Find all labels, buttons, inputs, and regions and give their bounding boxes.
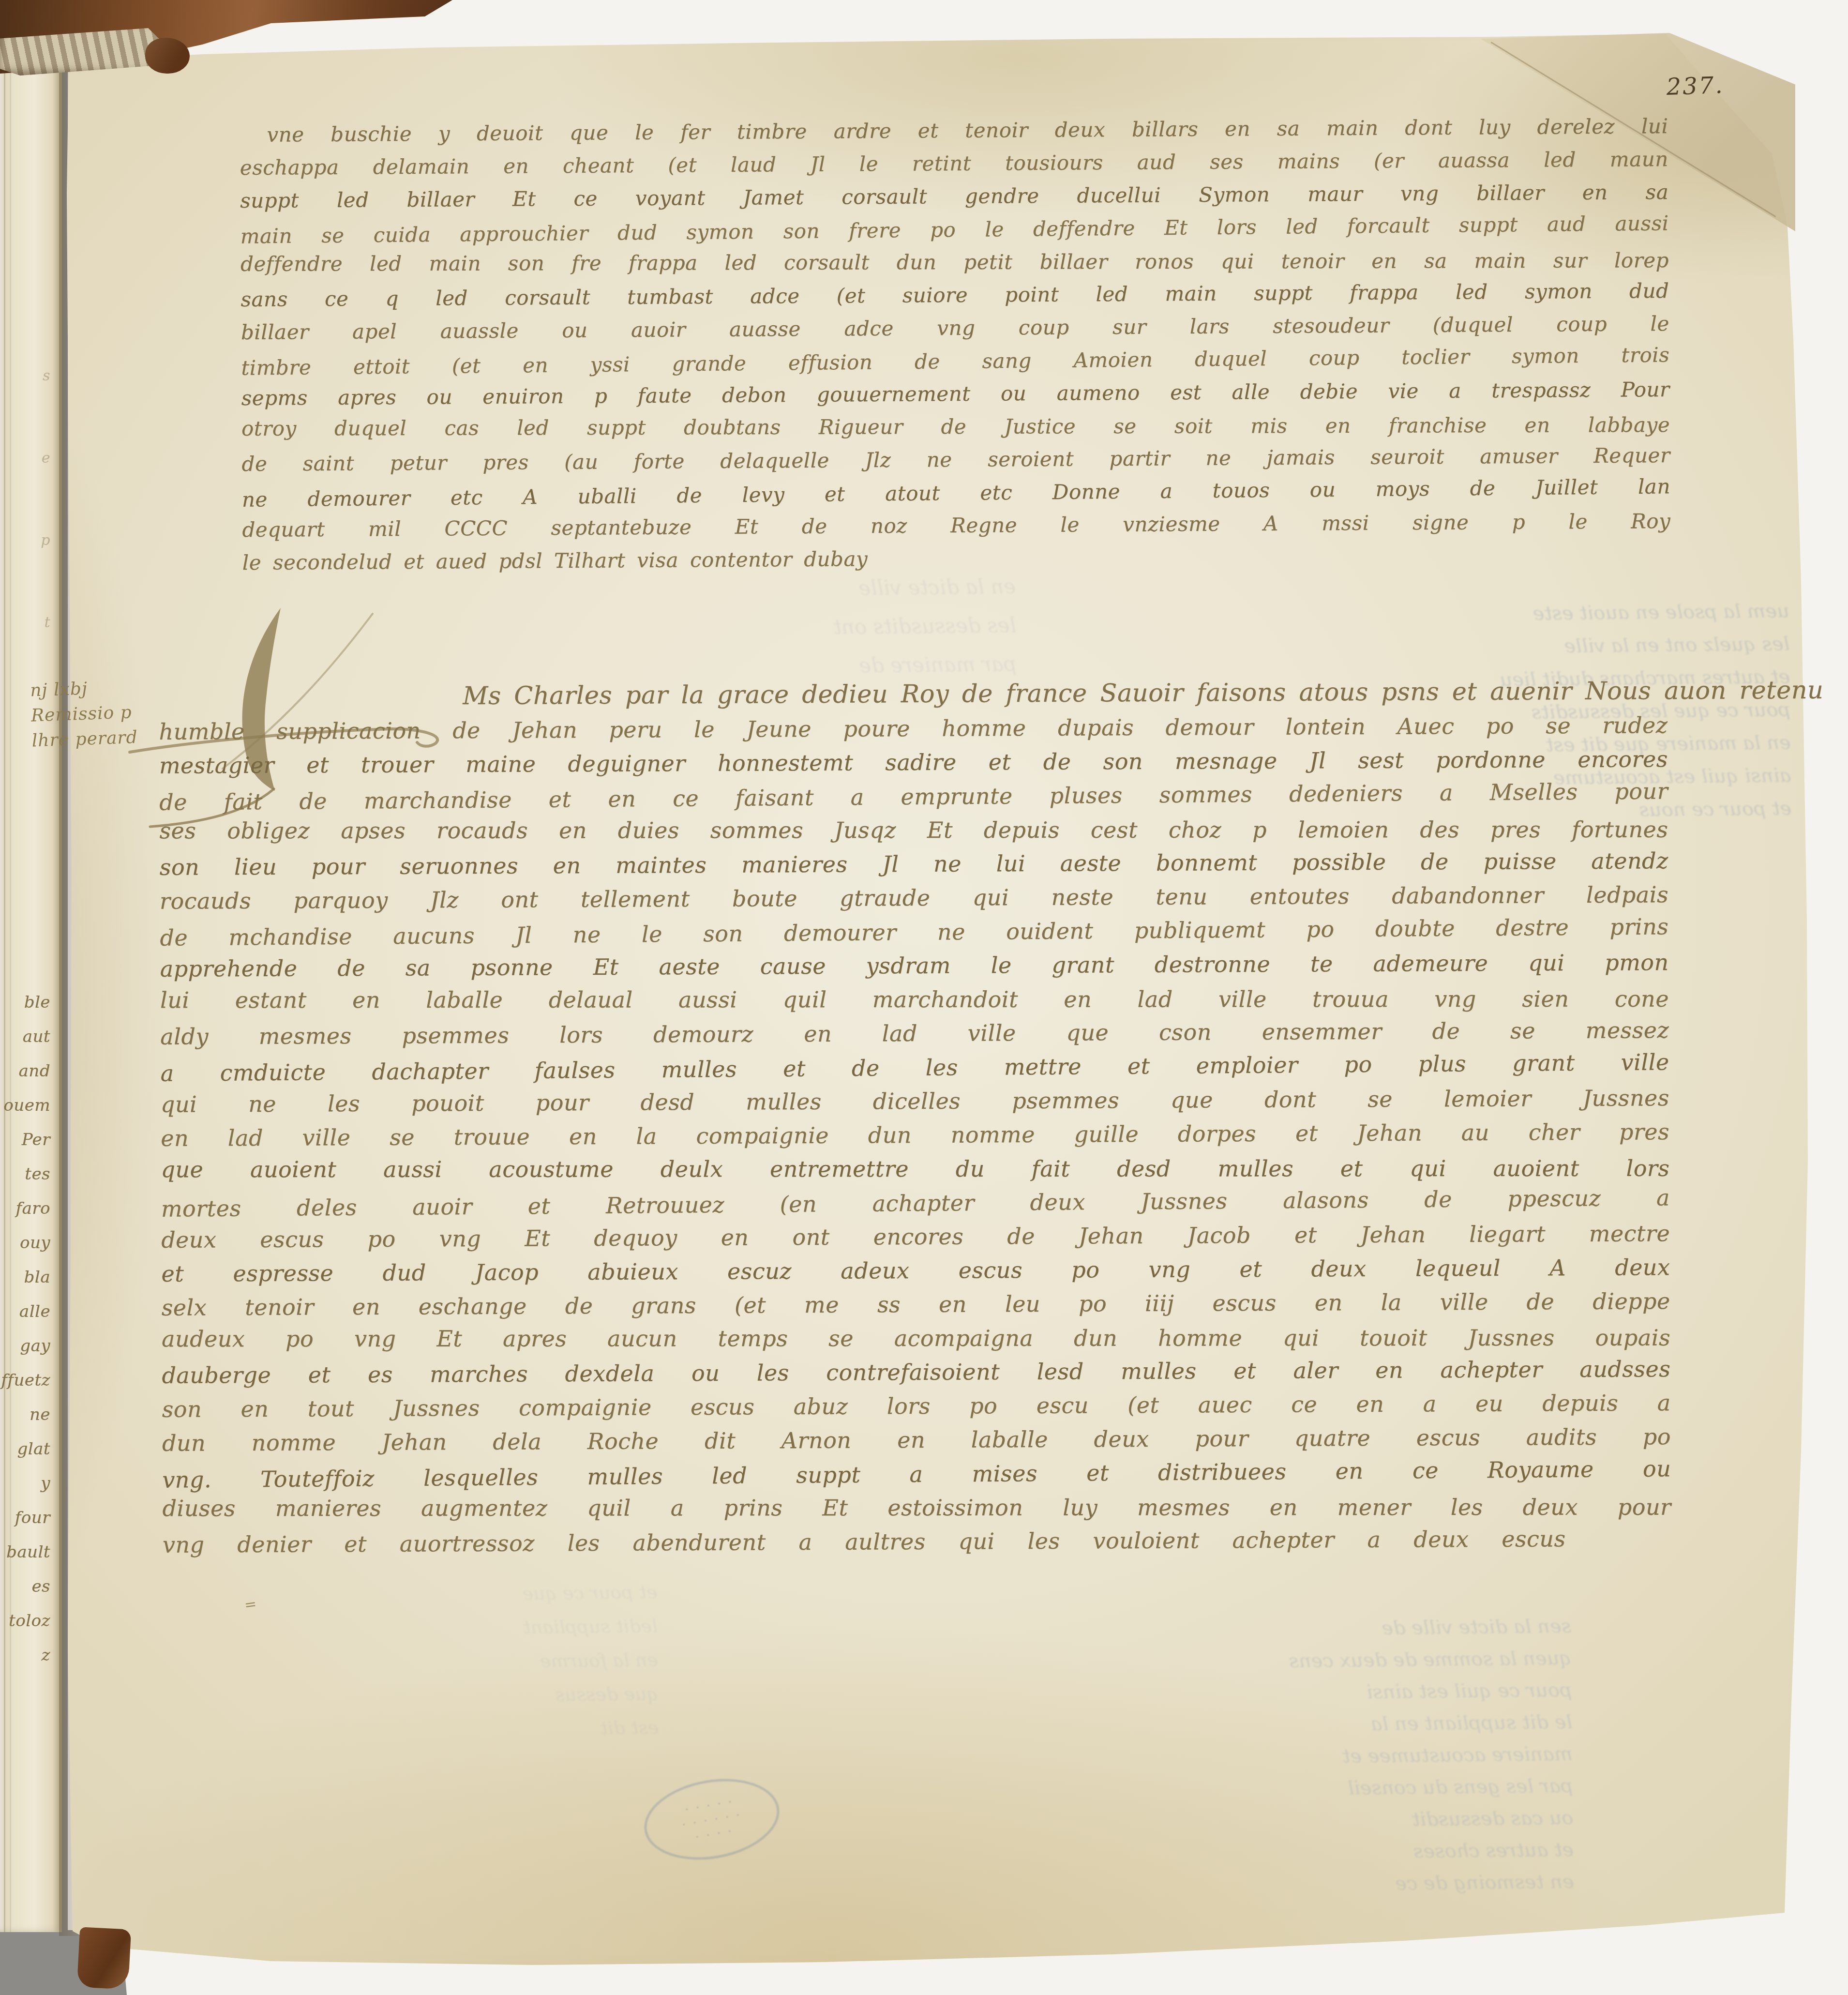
fore-edge-fragment: ouem bbox=[0, 1088, 61, 1123]
fore-edge-fragment: alle bbox=[0, 1295, 61, 1329]
manuscript-entry-2: Ms Charles par la grace dedieu Roy de fr… bbox=[159, 674, 1671, 1562]
manuscript-line: otroy duquel cas led suppt doubtans Rigu… bbox=[241, 408, 1670, 445]
show-through-line: ledit suppliant bbox=[125, 1609, 658, 1648]
fore-edge-fragment: ffuetz bbox=[0, 1363, 61, 1398]
fore-edge-fragment: glat bbox=[0, 1432, 61, 1466]
manuscript-line: vng denier et auortressoz les abendurent… bbox=[163, 1522, 1566, 1562]
fore-edge-fragment: z bbox=[0, 1638, 61, 1673]
show-through-bottom: sen la dicte ville dequen la somme de de… bbox=[816, 1610, 1574, 1905]
fore-edge-fragments-upper: sept bbox=[0, 335, 61, 664]
fore-edge-fragment: ne bbox=[0, 1398, 61, 1432]
manuscript-line: deffendre led main son fre frappa led co… bbox=[240, 244, 1669, 281]
fore-edge-fragment: tes bbox=[0, 1157, 61, 1192]
manuscript-line: le secondelud et aued pdsl Tilhart visa … bbox=[242, 542, 985, 579]
manuscript-line: que auoient aussi acoustume deulx entrem… bbox=[161, 1151, 1669, 1187]
fore-edge-fragment: y bbox=[0, 1466, 61, 1501]
fore-edge-fragment: aut bbox=[0, 1020, 61, 1054]
fore-edge-fragment: toloz bbox=[0, 1604, 61, 1638]
manuscript-line: selx tenoir en eschange de grans (et me … bbox=[162, 1284, 1670, 1325]
fore-edge-fragment: ble bbox=[0, 985, 61, 1020]
manuscript-photo: sept bleautandouemPertesfaroouyblaallega… bbox=[0, 0, 1848, 1995]
manuscript-entry-1: vne buschie y deuoit que le fer timbre a… bbox=[240, 110, 1671, 579]
fore-edge-fragment: faro bbox=[0, 1192, 61, 1226]
fore-edge-fragment: bault bbox=[0, 1535, 61, 1570]
fore-edge-fragment: s bbox=[0, 335, 61, 417]
leather-spine-bottom bbox=[77, 1927, 131, 1989]
margin-equals-mark: = bbox=[243, 1595, 258, 1614]
fore-edge-fragment: gay bbox=[0, 1329, 61, 1363]
show-through-line: et pour ce que bbox=[125, 1575, 658, 1615]
fore-edge-fragment: es bbox=[0, 1570, 61, 1604]
facing-page-fore-edge: sept bleautandouemPertesfaroouyblaallega… bbox=[0, 64, 62, 1932]
fore-edge-fragment: ouy bbox=[0, 1226, 61, 1260]
manuscript-line: lui estant en laballe delaual aussi quil… bbox=[160, 982, 1669, 1017]
folio-number: 237. bbox=[1644, 71, 1746, 101]
show-through-line: en la fourme bbox=[126, 1643, 659, 1682]
manuscript-line: ses obligez apses rocauds en duies somme… bbox=[159, 813, 1668, 848]
show-through-bottom-left: et pour ce queledit supplianten la fourm… bbox=[125, 1575, 659, 1750]
endband-knob bbox=[145, 38, 190, 74]
manuscript-line: en lad ville se trouue en la compaignie … bbox=[161, 1115, 1669, 1155]
show-through-line: que dessus bbox=[126, 1677, 659, 1716]
show-through-line: est dit bbox=[126, 1710, 659, 1750]
fore-edge-fragment: e bbox=[0, 417, 61, 499]
fore-edge-fragment: bla bbox=[0, 1260, 61, 1295]
manuscript-line: audeux po vng Et apres aucun temps se ac… bbox=[162, 1321, 1670, 1356]
fore-edge-fragment: t bbox=[0, 582, 61, 664]
manuscript-line: diuses manieres augmentez quil a prins E… bbox=[162, 1490, 1671, 1526]
manuscript-line: Ms Charles par la grace dedieu Roy de fr… bbox=[463, 674, 1668, 713]
fore-edge-fragment: and bbox=[0, 1054, 61, 1088]
fore-edge-fragment: four bbox=[0, 1501, 61, 1535]
fore-edge-fragment: Per bbox=[0, 1123, 61, 1157]
fore-edge-fragments-lower: bleautandouemPertesfaroouyblaallegayffue… bbox=[0, 985, 61, 1673]
fore-edge-fragment: p bbox=[0, 499, 61, 582]
